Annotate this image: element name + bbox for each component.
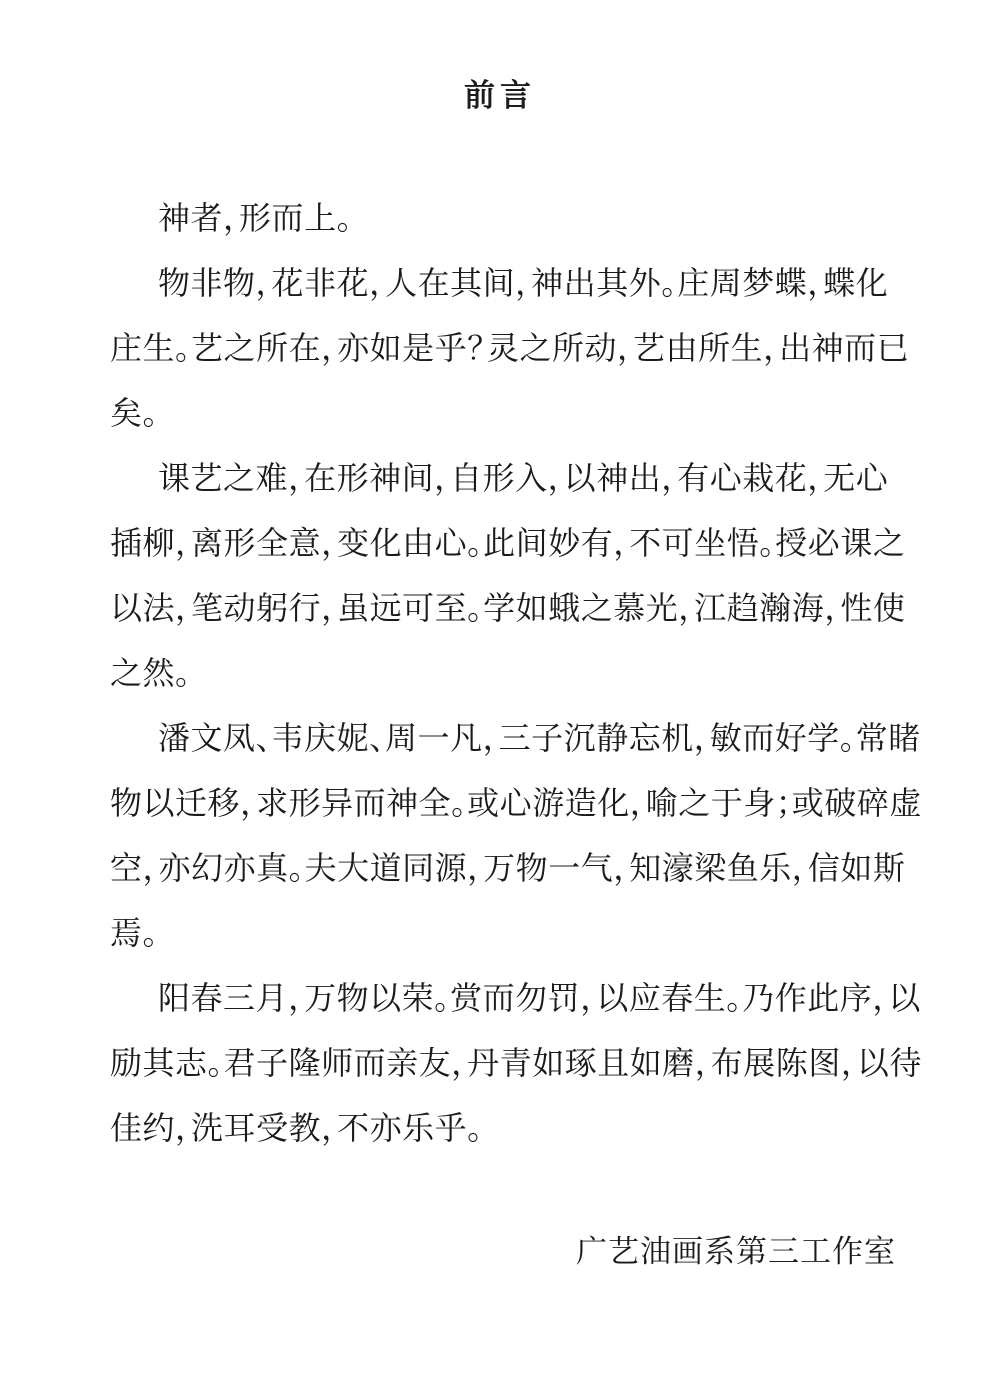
punctuation: 。 bbox=[143, 901, 159, 966]
punctuation: 。 bbox=[451, 771, 467, 836]
punctuation: ？ bbox=[467, 316, 487, 381]
text-line: 励其志。君子隆师而亲友，丹青如琢且如磨，布展陈图，以待 bbox=[110, 1031, 900, 1096]
punctuation: ， bbox=[369, 251, 385, 316]
punctuation: ， bbox=[763, 316, 779, 381]
punctuation: ， bbox=[824, 576, 840, 641]
punctuation: ， bbox=[807, 446, 823, 511]
punctuation: ， bbox=[256, 251, 272, 316]
signature: 广艺油画系第三工作室 bbox=[110, 1219, 896, 1284]
punctuation: ， bbox=[872, 966, 888, 1031]
text-line: 课艺之难，在形神间，自形入，以神出，有心栽花，无心 bbox=[110, 446, 900, 511]
punctuation: 。 bbox=[726, 966, 742, 1031]
text-line: 物以迁移，求形异而神全。或心游造化，喻之于身；或破碎虚 bbox=[110, 771, 900, 836]
punctuation: 。 bbox=[289, 836, 305, 901]
text-line: 阳春三月，万物以荣。赏而勿罚，以应春生。乃作此序，以 bbox=[110, 966, 900, 1031]
document-body: 神者，形而上。物非物，花非花，人在其间，神出其外。庄周梦蝶，蝶化庄生。艺之所在，… bbox=[110, 186, 900, 1161]
punctuation: ， bbox=[483, 706, 499, 771]
punctuation: 。 bbox=[467, 576, 483, 641]
punctuation: ， bbox=[695, 1031, 711, 1096]
text-line: 庄生。艺之所在，亦如是乎？灵之所动，艺由所生，出神而已 bbox=[110, 316, 900, 381]
punctuation: ， bbox=[321, 576, 337, 641]
paragraph: 阳春三月，万物以荣。赏而勿罚，以应春生。乃作此序，以励其志。君子隆师而亲友，丹青… bbox=[110, 966, 900, 1161]
punctuation: ， bbox=[467, 836, 483, 901]
punctuation: 。 bbox=[661, 251, 677, 316]
punctuation: ， bbox=[321, 316, 337, 381]
paragraph: 神者，形而上。 bbox=[110, 186, 900, 251]
punctuation: ， bbox=[143, 836, 159, 901]
punctuation: ， bbox=[175, 511, 191, 576]
text-line: 潘文凤、韦庆妮、周一凡，三子沉静忘机，敏而好学。常睹 bbox=[110, 706, 900, 771]
punctuation: ， bbox=[694, 706, 710, 771]
punctuation: 。 bbox=[175, 316, 191, 381]
punctuation: ， bbox=[630, 771, 646, 836]
punctuation: ， bbox=[434, 446, 450, 511]
document-page: 前言 神者，形而上。物非物，花非花，人在其间，神出其外。庄周梦蝶，蝶化庄生。艺之… bbox=[0, 0, 1000, 1374]
page-title: 前言 bbox=[0, 78, 1000, 114]
text-line: 空，亦幻亦真。夫大道同源，万物一气，知濠梁鱼乐，信如斯 bbox=[110, 836, 900, 901]
punctuation: ， bbox=[678, 576, 694, 641]
paragraph: 物非物，花非花，人在其间，神出其外。庄周梦蝶，蝶化庄生。艺之所在，亦如是乎？灵之… bbox=[110, 251, 900, 446]
text-line: 焉。 bbox=[110, 901, 900, 966]
punctuation: 。 bbox=[759, 511, 775, 576]
punctuation: 。 bbox=[467, 511, 483, 576]
text-line: 物非物，花非花，人在其间，神出其外。庄周梦蝶，蝶化 bbox=[110, 251, 900, 316]
punctuation: ， bbox=[515, 251, 531, 316]
punctuation: 。 bbox=[208, 1031, 224, 1096]
punctuation: 。 bbox=[467, 1096, 483, 1161]
punctuation: ， bbox=[613, 511, 629, 576]
punctuation: ， bbox=[288, 966, 304, 1031]
punctuation: 。 bbox=[175, 641, 191, 706]
punctuation: ， bbox=[661, 446, 677, 511]
text-line: 之然。 bbox=[110, 641, 900, 706]
paragraph: 课艺之难，在形神间，自形入，以神出，有心栽花，无心插柳，离形全意，变化由心。此间… bbox=[110, 446, 900, 706]
punctuation: ， bbox=[240, 771, 256, 836]
punctuation: ， bbox=[548, 446, 564, 511]
punctuation: ， bbox=[321, 511, 337, 576]
punctuation: ， bbox=[175, 576, 191, 641]
text-line: 佳约，洗耳受教，不亦乐乎。 bbox=[110, 1096, 900, 1161]
punctuation: ， bbox=[841, 1031, 857, 1096]
text-line: 神者，形而上。 bbox=[110, 186, 900, 251]
punctuation: 。 bbox=[840, 706, 856, 771]
punctuation: ； bbox=[776, 771, 792, 836]
punctuation: 、 bbox=[256, 706, 272, 771]
punctuation: ， bbox=[807, 251, 823, 316]
text-line: 矣。 bbox=[110, 381, 900, 446]
text-line: 以法，笔动躬行，虽远可至。学如蛾之慕光，江趋瀚海，性使 bbox=[110, 576, 900, 641]
punctuation: ， bbox=[792, 836, 808, 901]
punctuation: 。 bbox=[337, 186, 353, 251]
punctuation: ， bbox=[580, 966, 596, 1031]
text-line: 插柳，离形全意，变化由心。此间妙有，不可坐悟。授必课之 bbox=[110, 511, 900, 576]
punctuation: ， bbox=[175, 1096, 191, 1161]
punctuation: ， bbox=[223, 186, 239, 251]
punctuation: ， bbox=[617, 316, 633, 381]
punctuation: ， bbox=[451, 1031, 467, 1096]
punctuation: 。 bbox=[143, 381, 159, 446]
punctuation: ， bbox=[613, 836, 629, 901]
punctuation: ， bbox=[321, 1096, 337, 1161]
punctuation: ， bbox=[288, 446, 304, 511]
punctuation: 、 bbox=[369, 706, 385, 771]
punctuation: 。 bbox=[434, 966, 450, 1031]
paragraph: 潘文凤、韦庆妮、周一凡，三子沉静忘机，敏而好学。常睹物以迁移，求形异而神全。或心… bbox=[110, 706, 900, 966]
